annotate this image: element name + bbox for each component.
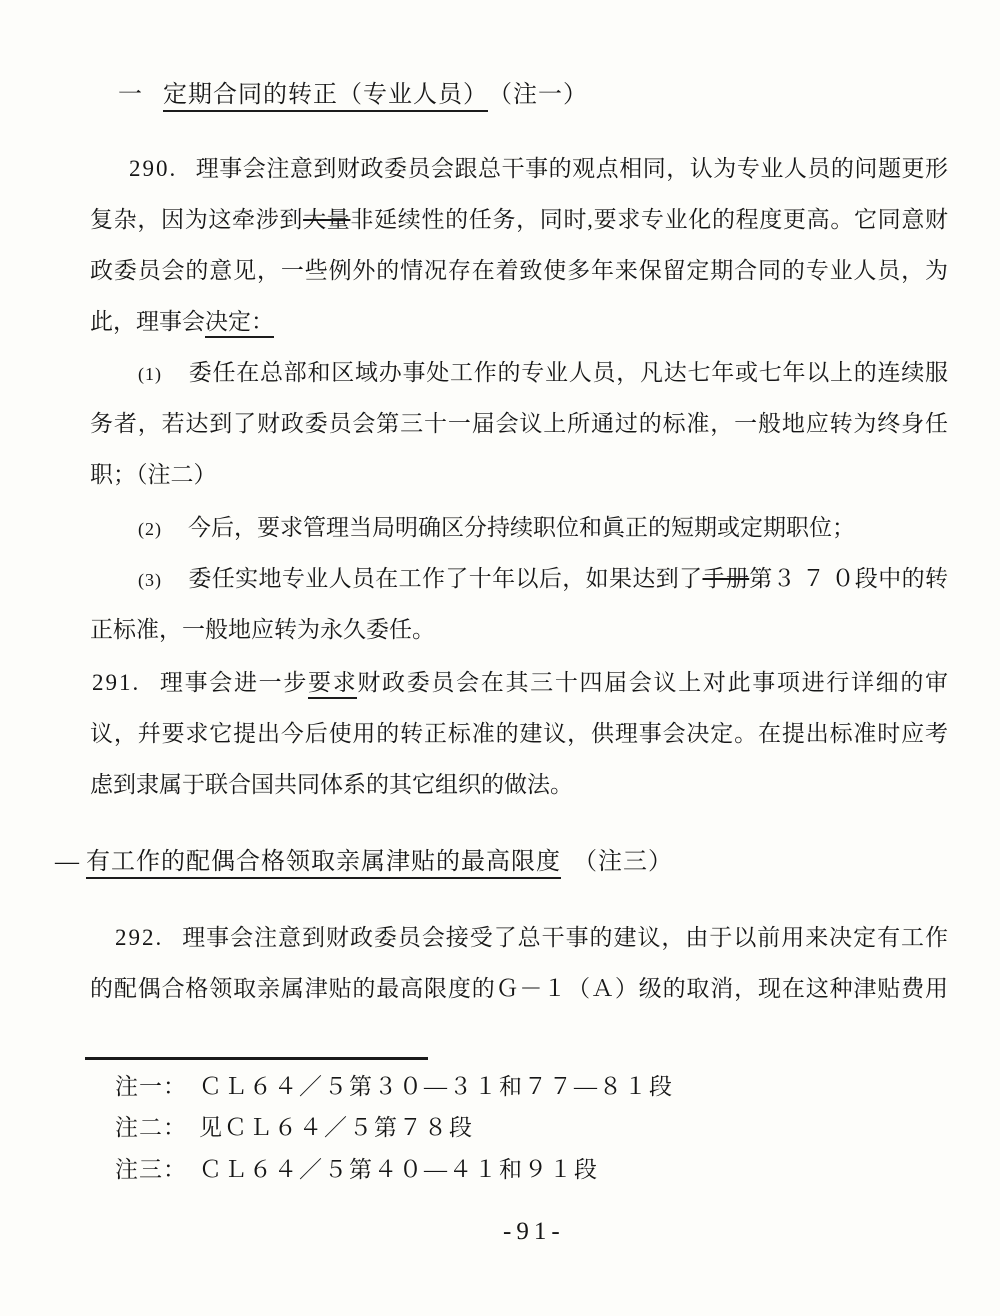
footnote-2-label: 注二： [115,1115,187,1140]
paragraph-290-struck-text: 大量 [303,207,350,232]
list-item-3-text-1a: 委任实地专业人员在工作了十年以后，如果达到了 [188,566,702,591]
list-item-1-line-1: (1)委任在总部和区域办事处工作的专业人员，凡达七年或七年以上的连续服 [90,357,948,390]
paragraph-290-line-4: 此，理事会决定： [90,306,948,337]
list-item-3-marker: (3) [138,570,162,590]
footnote-2-text: 见ＣＬ６４／５第７８段 [199,1115,474,1140]
page-number: -91- [503,1218,565,1246]
list-item-1-marker: (1) [138,364,162,384]
paragraph-290-line-2: 复杂，因为这牵涉到大量非延续性的任务，同时,要求专业化的程度更高。它同意财 [90,204,948,235]
paragraph-290-text-4a: 此，理事会 [90,309,205,334]
paragraph-290-line-3: 政委员会的意见，一些例外的情况存在着致使多年来保留定期合同的专业人员，为 [90,255,948,286]
footnote-3-label: 注三： [115,1157,187,1182]
list-item-2-marker: (2) [138,519,162,539]
footnote-3: 注三：ＣＬ６４／５第４０—４１和９１段 [115,1155,599,1185]
footnote-1: 注一：ＣＬ６４／５第３０—３１和７７—８１段 [115,1072,674,1102]
paragraph-292-number: 292. [115,925,163,950]
list-item-2-text: 今后，要求管理当局明确区分持续职位和眞正的短期或定期职位； [188,515,855,540]
paragraph-290-line-1: 290.理事会注意到财政委员会跟总干事的观点相同，认为专业人员的问题更形 [90,153,948,184]
paragraph-290-underlined-text: 决定： [205,309,274,338]
paragraph-290-text-1: 理事会注意到财政委员会跟总干事的观点相同，认为专业人员的问题更形 [195,156,948,181]
heading-2-marker: — [55,849,80,875]
paragraph-291-text-1a: 理事会进一步 [158,670,308,695]
heading-2-title: 有工作的配偶合格领取亲属津贴的最高限度 [86,849,561,879]
paragraph-291-line-2: 议，幷要求它提出今后使用的转正标准的建议，供理事会决定。在提出标准时应考 [90,718,948,749]
section-heading-2: —有工作的配偶合格领取亲属津贴的最高限度（注三） [55,841,673,876]
footnote-separator-rule [85,1057,428,1060]
list-item-3-line-2: 正标准，一般地应转为永久委任。 [90,614,948,645]
paragraph-291-line-1: 291.理事会进一步要求财政委员会在其三十四届会议上对此事项进行详细的审 [90,667,948,698]
scanned-document-page: 一定期合同的转正（专业人员）（注一） 290.理事会注意到财政委员会跟总干事的观… [0,0,1000,1316]
heading-1-note-ref: （注一） [500,82,588,108]
list-item-3-struck-text: 手册 [702,566,749,591]
paragraph-290-text-2a: 复杂，因为这牵涉到 [90,207,303,232]
paragraph-292-line-2: 的配偶合格领取亲属津贴的最高限度的Ｇ－１（Ａ）级的取消，现在这种津贴费用 [90,973,948,1004]
paragraph-290-number: 290. [129,156,177,181]
paragraph-291-text-1c: 财政委员会在其三十四届会议上对此事项进行详细的审 [357,670,948,695]
list-item-3-text-1c: 第３ ７ ０段中的转 [749,566,948,591]
footnote-3-text: ＣＬ６４／５第４０—４１和９１段 [199,1157,599,1182]
paragraph-292-text-1: 理事会注意到财政委员会接受了总干事的建议，由于以前用来决定有工作 [181,925,948,950]
paragraph-290-text-2c: 非延续性的任务，同时,要求专业化的程度更高。它同意财 [350,207,948,232]
heading-1-marker: 一 [118,82,143,108]
heading-1-title: 定期合同的转正（专业人员） [163,82,488,112]
footnote-1-label: 注一： [115,1074,187,1099]
list-item-1-text-1: 委任在总部和区域办事处工作的专业人员，凡达七年或七年以上的连续服 [188,360,948,385]
list-item-1-line-3: 职；（注二） [90,459,948,490]
list-item-1-line-2: 务者，若达到了财政委员会第三十一届会议上所通过的标准，一般地应转为终身任 [90,408,948,439]
paragraph-292-line-1: 292.理事会注意到财政委员会接受了总干事的建议，由于以前用来决定有工作 [90,922,948,953]
section-heading-1: 一定期合同的转正（专业人员）（注一） [118,74,588,109]
footnote-2: 注二：见ＣＬ６４／５第７８段 [115,1113,474,1143]
paragraph-291-underlined-text: 要求 [308,670,357,699]
paragraph-291-number: 291. [92,670,140,695]
heading-2-note-ref: （注三） [573,849,673,875]
list-item-2-line-1: (2)今后，要求管理当局明确区分持续职位和眞正的短期或定期职位； [90,512,948,545]
paragraph-291-line-3: 虑到隶属于联合国共同体系的其它组织的做法。 [90,769,948,800]
list-item-3-line-1: (3)委任实地专业人员在工作了十年以后，如果达到了手册第３ ７ ０段中的转 [90,563,948,596]
footnote-1-text: ＣＬ６４／５第３０—３１和７７—８１段 [199,1074,674,1099]
